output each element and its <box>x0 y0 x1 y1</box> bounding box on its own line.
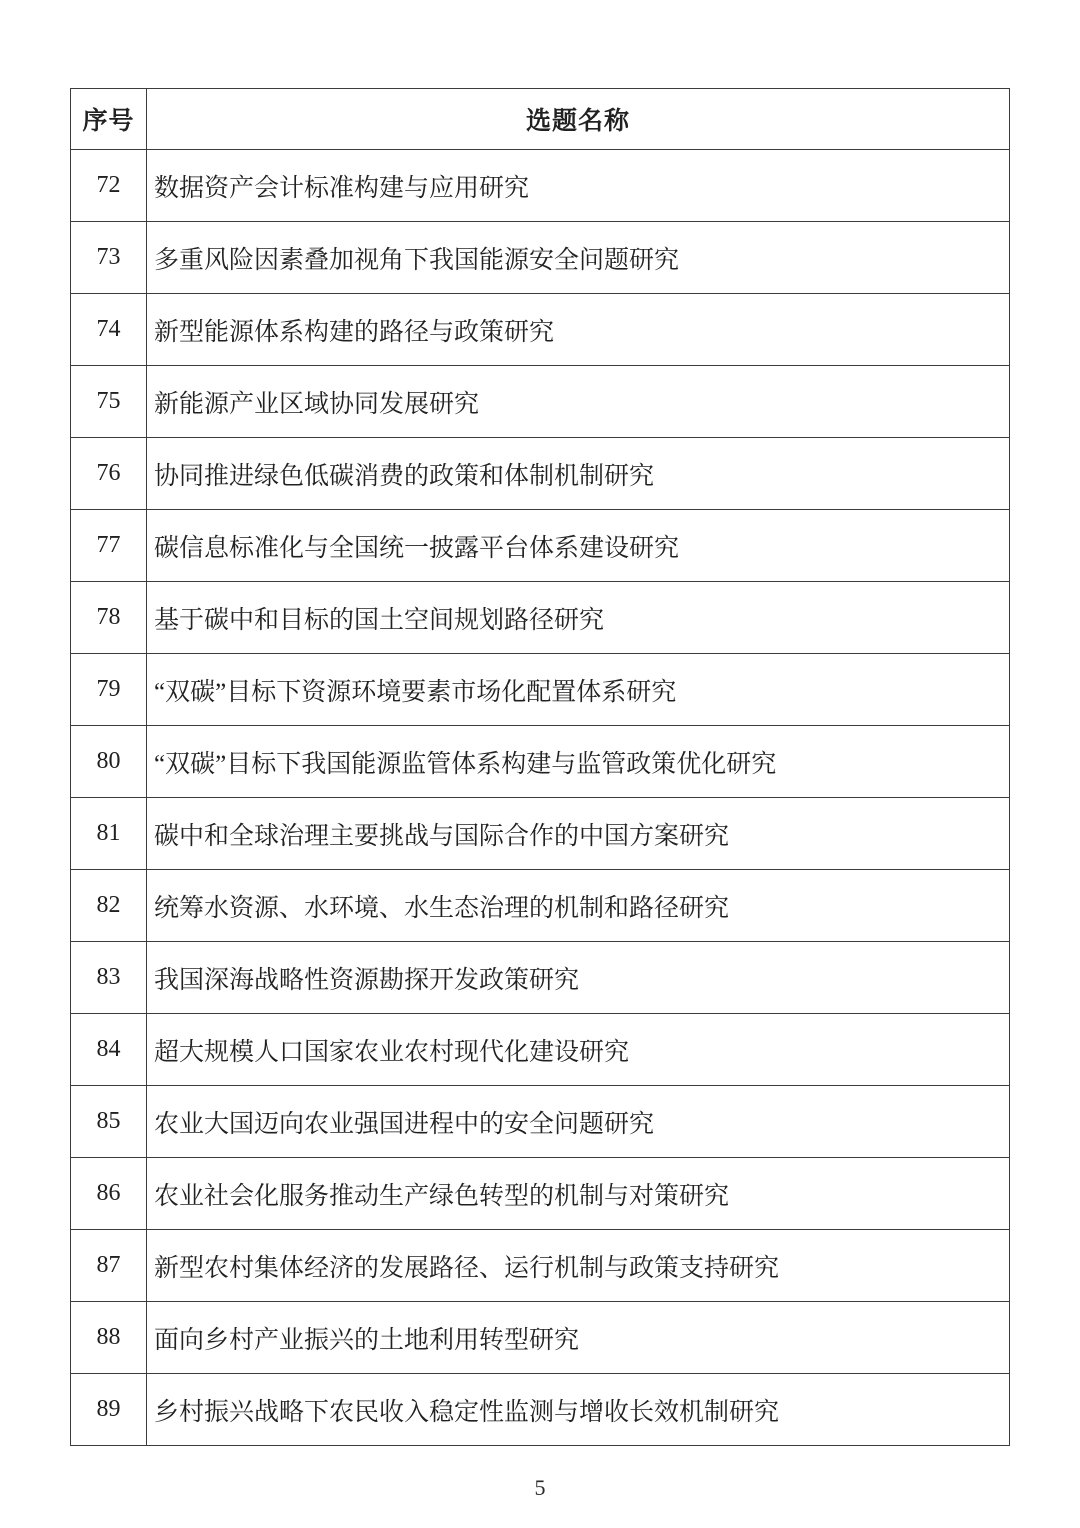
header-no: 序号 <box>71 89 147 150</box>
row-number: 73 <box>71 222 147 294</box>
row-number: 89 <box>71 1374 147 1446</box>
row-title: 面向乡村产业振兴的土地利用转型研究 <box>147 1302 1010 1374</box>
row-title: 碳信息标准化与全国统一披露平台体系建设研究 <box>147 510 1010 582</box>
row-number: 75 <box>71 366 147 438</box>
table-row: 75 新能源产业区域协同发展研究 <box>71 366 1010 438</box>
row-number: 86 <box>71 1158 147 1230</box>
row-number: 76 <box>71 438 147 510</box>
table-row: 85 农业大国迈向农业强国进程中的安全问题研究 <box>71 1086 1010 1158</box>
row-title: 基于碳中和目标的国土空间规划路径研究 <box>147 582 1010 654</box>
table-row: 78 基于碳中和目标的国土空间规划路径研究 <box>71 582 1010 654</box>
row-title: “双碳”目标下资源环境要素市场化配置体系研究 <box>147 654 1010 726</box>
row-number: 81 <box>71 798 147 870</box>
table-row: 76 协同推进绿色低碳消费的政策和体制机制研究 <box>71 438 1010 510</box>
row-title: 新能源产业区域协同发展研究 <box>147 366 1010 438</box>
row-title: 我国深海战略性资源勘探开发政策研究 <box>147 942 1010 1014</box>
topics-table: 序号 选题名称 72 数据资产会计标准构建与应用研究 73 多重风险因素叠加视角… <box>70 88 1010 1446</box>
row-title: 多重风险因素叠加视角下我国能源安全问题研究 <box>147 222 1010 294</box>
table-row: 79 “双碳”目标下资源环境要素市场化配置体系研究 <box>71 654 1010 726</box>
row-number: 84 <box>71 1014 147 1086</box>
row-title: 乡村振兴战略下农民收入稳定性监测与增收长效机制研究 <box>147 1374 1010 1446</box>
table-row: 82 统筹水资源、水环境、水生态治理的机制和路径研究 <box>71 870 1010 942</box>
row-number: 87 <box>71 1230 147 1302</box>
table-header-row: 序号 选题名称 <box>71 89 1010 150</box>
row-number: 85 <box>71 1086 147 1158</box>
row-number: 79 <box>71 654 147 726</box>
table-row: 80 “双碳”目标下我国能源监管体系构建与监管政策优化研究 <box>71 726 1010 798</box>
row-title: 协同推进绿色低碳消费的政策和体制机制研究 <box>147 438 1010 510</box>
row-title: 碳中和全球治理主要挑战与国际合作的中国方案研究 <box>147 798 1010 870</box>
row-title: 新型农村集体经济的发展路径、运行机制与政策支持研究 <box>147 1230 1010 1302</box>
row-title: 超大规模人口国家农业农村现代化建设研究 <box>147 1014 1010 1086</box>
row-title: “双碳”目标下我国能源监管体系构建与监管政策优化研究 <box>147 726 1010 798</box>
table-row: 88 面向乡村产业振兴的土地利用转型研究 <box>71 1302 1010 1374</box>
row-number: 83 <box>71 942 147 1014</box>
row-title: 农业大国迈向农业强国进程中的安全问题研究 <box>147 1086 1010 1158</box>
row-number: 88 <box>71 1302 147 1374</box>
table-row: 86 农业社会化服务推动生产绿色转型的机制与对策研究 <box>71 1158 1010 1230</box>
row-number: 77 <box>71 510 147 582</box>
row-number: 80 <box>71 726 147 798</box>
row-title: 新型能源体系构建的路径与政策研究 <box>147 294 1010 366</box>
row-number: 78 <box>71 582 147 654</box>
row-title: 统筹水资源、水环境、水生态治理的机制和路径研究 <box>147 870 1010 942</box>
table-row: 83 我国深海战略性资源勘探开发政策研究 <box>71 942 1010 1014</box>
table-row: 84 超大规模人口国家农业农村现代化建设研究 <box>71 1014 1010 1086</box>
table-row: 77 碳信息标准化与全国统一披露平台体系建设研究 <box>71 510 1010 582</box>
page-number: 5 <box>0 1475 1080 1501</box>
row-title: 农业社会化服务推动生产绿色转型的机制与对策研究 <box>147 1158 1010 1230</box>
row-number: 74 <box>71 294 147 366</box>
table-row: 72 数据资产会计标准构建与应用研究 <box>71 150 1010 222</box>
header-title: 选题名称 <box>147 89 1010 150</box>
table-row: 89 乡村振兴战略下农民收入稳定性监测与增收长效机制研究 <box>71 1374 1010 1446</box>
table-row: 74 新型能源体系构建的路径与政策研究 <box>71 294 1010 366</box>
row-title: 数据资产会计标准构建与应用研究 <box>147 150 1010 222</box>
row-number: 82 <box>71 870 147 942</box>
table-row: 81 碳中和全球治理主要挑战与国际合作的中国方案研究 <box>71 798 1010 870</box>
table-row: 73 多重风险因素叠加视角下我国能源安全问题研究 <box>71 222 1010 294</box>
row-number: 72 <box>71 150 147 222</box>
table-row: 87 新型农村集体经济的发展路径、运行机制与政策支持研究 <box>71 1230 1010 1302</box>
